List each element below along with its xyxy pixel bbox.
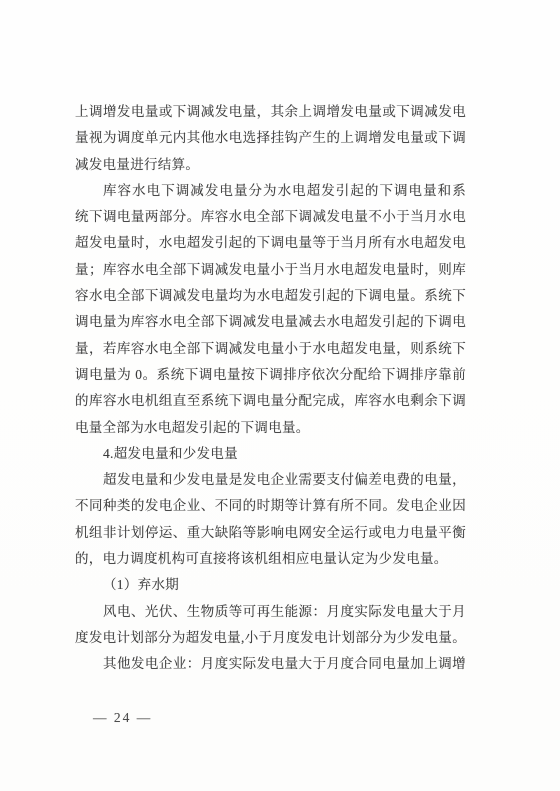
text-line: 电量全部为水电超发引起的下调电量。: [75, 415, 466, 441]
document-body: 上调增发电量或下调减发电量，其余上调增发电量或下调减发电量视为调度单元内其他水电…: [75, 99, 466, 678]
text-line: 的库容水电机组直至系统下调电量分配完成，库容水电剩余下调: [75, 388, 466, 414]
text-line: 调电量为库容水电全部下调减发电量减去水电超发引起的下调电: [75, 309, 466, 335]
text-line: 不同种类的发电企业、不同的时期等计算有所不同。发电企业因: [75, 493, 466, 519]
text-line: 的，电力调度机构可直接将该机组相应电量认定为少发电量。: [75, 546, 466, 572]
text-line: 上调增发电量或下调减发电量，其余上调增发电量或下调减发电: [75, 99, 466, 125]
text-line: （1）弃水期: [75, 572, 466, 598]
document-page: 上调增发电量或下调减发电量，其余上调增发电量或下调减发电量视为调度单元内其他水电…: [0, 0, 560, 791]
text-line: 容水电全部下调减发电量均为水电超发引起的下调电量。系统下: [75, 283, 466, 309]
text-line: 减发电量进行结算。: [75, 152, 466, 178]
text-line: 量，若库容水电全部下调减发电量小于水电超发电量，则系统下: [75, 336, 466, 362]
text-line: 4.超发电量和少发电量: [75, 441, 466, 467]
text-line: 调电量为 0。系统下调电量按下调排序依次分配给下调排序靠前: [75, 362, 466, 388]
text-line: 度发电计划部分为超发电量,小于月度发电计划部分为少发电量。: [75, 625, 466, 651]
text-line: 机组非计划停运、重大缺陷等影响电网安全运行或电力电量平衡: [75, 520, 466, 546]
text-line: 量；库容水电全部下调减发电量小于当月水电超发电量时，则库: [75, 257, 466, 283]
text-line: 超发电量时，水电超发引起的下调电量等于当月所有水电超发电: [75, 230, 466, 256]
page-footer: — 24 —: [0, 706, 560, 730]
text-line: 风电、光伏、生物质等可再生能源：月度实际发电量大于月: [75, 599, 466, 625]
text-line: 其他发电企业：月度实际发电量大于月度合同电量加上调增: [75, 651, 466, 677]
text-line: 库容水电下调减发电量分为水电超发引起的下调电量和系: [75, 178, 466, 204]
text-line: 超发电量和少发电量是发电企业需要支付偏差电费的电量，: [75, 467, 466, 493]
page-number: — 24 —: [93, 706, 152, 730]
text-line: 统下调电量两部分。库容水电全部下调减发电量不小于当月水电: [75, 204, 466, 230]
text-line: 量视为调度单元内其他水电选择挂钩产生的上调增发电量或下调: [75, 125, 466, 151]
